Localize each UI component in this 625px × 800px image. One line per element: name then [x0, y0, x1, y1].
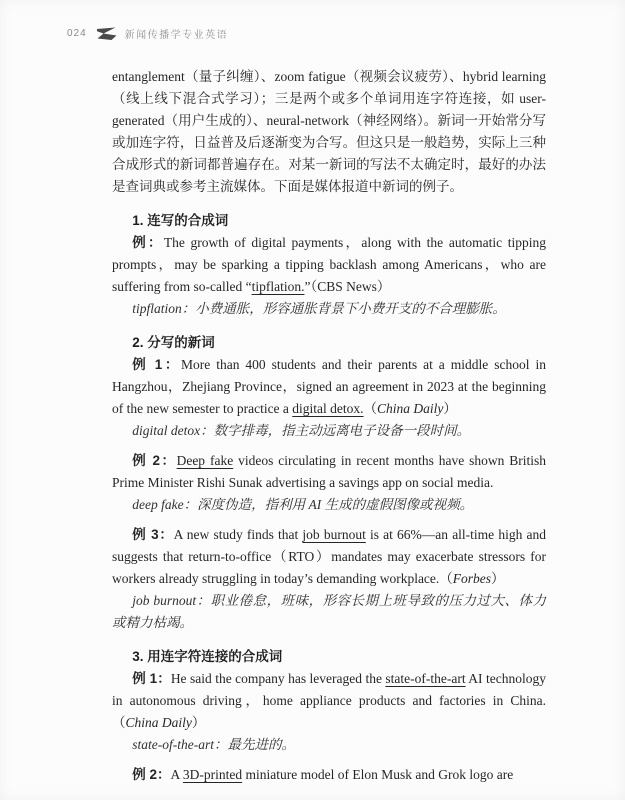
- text-segment: job burnout：职业倦怠，班味，形容长期上班导致的压力过大、体力或精力枯…: [112, 593, 546, 630]
- gloss: deep fake：深度伪造，指利用 AI 生成的虚假图像或视频。: [112, 494, 546, 516]
- heading: 3. 用连字符连接的合成词: [112, 646, 546, 668]
- text-segment: 3. 用连字符连接的合成词: [132, 649, 282, 664]
- publisher-logo-icon: [94, 27, 118, 41]
- gloss: tipflation：小费通胀，形容通胀背景下小费开支的不合理膨胀。: [112, 298, 546, 320]
- example: 例 3：A new study finds that job burnout i…: [112, 524, 546, 590]
- text-segment: digital detox.: [292, 401, 363, 416]
- text-segment: ）: [491, 571, 505, 586]
- gloss: job burnout：职业倦怠，班味，形容长期上班导致的压力过大、体力或精力枯…: [112, 590, 546, 634]
- book-title: 新闻传播学专业英语: [125, 26, 229, 41]
- example: 例 1：More than 400 students and their par…: [112, 354, 546, 420]
- text-segment: China Daily: [377, 401, 443, 416]
- example: 例 2：A 3D-printed miniature model of Elon…: [112, 764, 546, 786]
- text-segment: 例 2：: [132, 767, 170, 782]
- text-segment: 1. 连写的合成词: [132, 213, 228, 228]
- text-segment: 例：: [132, 235, 164, 250]
- page-header: 024 新闻传播学专业英语: [67, 26, 228, 41]
- text-segment: A: [171, 767, 183, 782]
- text-segment: 3D-printed: [183, 767, 242, 782]
- text-segment: Forbes: [453, 571, 491, 586]
- text-segment: tipflation：小费通胀，形容通胀背景下小费开支的不合理膨胀。: [132, 301, 506, 316]
- example: 例 2：Deep fake videos circulating in rece…: [112, 450, 546, 494]
- text-segment: entanglement（量子纠缠）、zoom fatigue（视频会议疲劳）、…: [112, 69, 546, 194]
- heading: 2. 分写的新词: [112, 332, 546, 354]
- text-segment: state-of-the-art: [385, 671, 465, 686]
- text-segment: job burnout: [302, 527, 365, 542]
- text-segment: 例 2：: [132, 453, 176, 468]
- text-segment: A new study finds that: [174, 527, 303, 542]
- text-segment: China Daily: [126, 715, 192, 730]
- book-page: 024 新闻传播学专业英语 entanglement（量子纠缠）、zoom fa…: [0, 0, 625, 800]
- text-segment: He said the company has leveraged the: [171, 671, 386, 686]
- page-number: 024: [67, 28, 87, 39]
- text-segment: digital detox：数字排毒，指主动远离电子设备一段时间。: [132, 423, 470, 438]
- gloss: state-of-the-art：最先进的。: [112, 734, 546, 756]
- text-segment: ）: [443, 401, 457, 416]
- text-segment: ”（CBS News）: [304, 279, 390, 294]
- text-segment: 例 1：: [132, 671, 171, 686]
- text-segment: 2. 分写的新词: [132, 335, 215, 350]
- text-segment: deep fake：深度伪造，指利用 AI 生成的虚假图像或视频。: [132, 497, 473, 512]
- text-segment: tipflation.: [252, 279, 305, 294]
- heading: 1. 连写的合成词: [112, 210, 546, 232]
- example: 例：The growth of digital payments，along w…: [112, 232, 546, 298]
- paragraph: entanglement（量子纠缠）、zoom fatigue（视频会议疲劳）、…: [112, 66, 546, 198]
- example: 例 1：He said the company has leveraged th…: [112, 668, 546, 734]
- text-segment: ）: [192, 715, 206, 730]
- text-segment: 例 3：: [132, 527, 173, 542]
- text-segment: 例 1：: [132, 357, 181, 372]
- text-segment: （: [364, 401, 378, 416]
- text-segment: Deep fake: [177, 453, 234, 468]
- page-body: entanglement（量子纠缠）、zoom fatigue（视频会议疲劳）、…: [112, 66, 546, 786]
- text-segment: miniature model of Elon Musk and Grok lo…: [242, 767, 513, 782]
- gloss: digital detox：数字排毒，指主动远离电子设备一段时间。: [112, 420, 546, 442]
- text-segment: state-of-the-art：最先进的。: [132, 737, 295, 752]
